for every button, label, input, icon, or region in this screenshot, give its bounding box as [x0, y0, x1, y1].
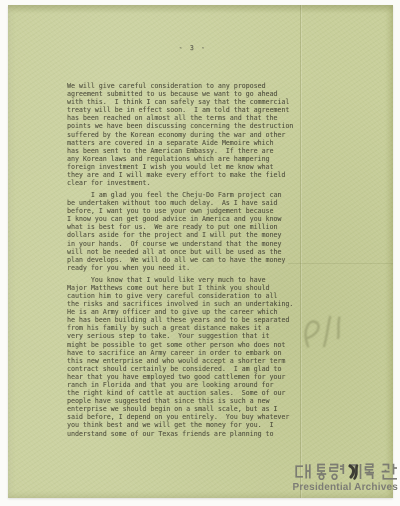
archives-logo-mark — [350, 466, 357, 479]
paragraph-investment: We will give careful consideration to an… — [67, 82, 317, 187]
paper-crease-horizontal — [288, 263, 393, 264]
paper-crease-vertical — [300, 5, 301, 498]
paragraph-major-matthews: You know that I would like very much to … — [67, 276, 317, 438]
watermark-english-label: Presidential Archives — [292, 482, 398, 493]
letter-paper: - 3 - We will give careful consideration… — [8, 5, 393, 498]
korean-watermark-text: 대통령기록관 — [294, 463, 398, 480]
letter-body: We will give careful consideration to an… — [67, 82, 317, 441]
archives-watermark: 대통령기록관 — [292, 463, 398, 493]
ink-bleed-through-marks — [290, 309, 356, 353]
scanned-letter-page: - 3 - We will give careful consideration… — [0, 0, 400, 506]
paragraph-cheju-do-farm: I am glad you feel the Cheju-Do Farm pro… — [67, 191, 317, 272]
page-number: - 3 - — [0, 44, 385, 52]
